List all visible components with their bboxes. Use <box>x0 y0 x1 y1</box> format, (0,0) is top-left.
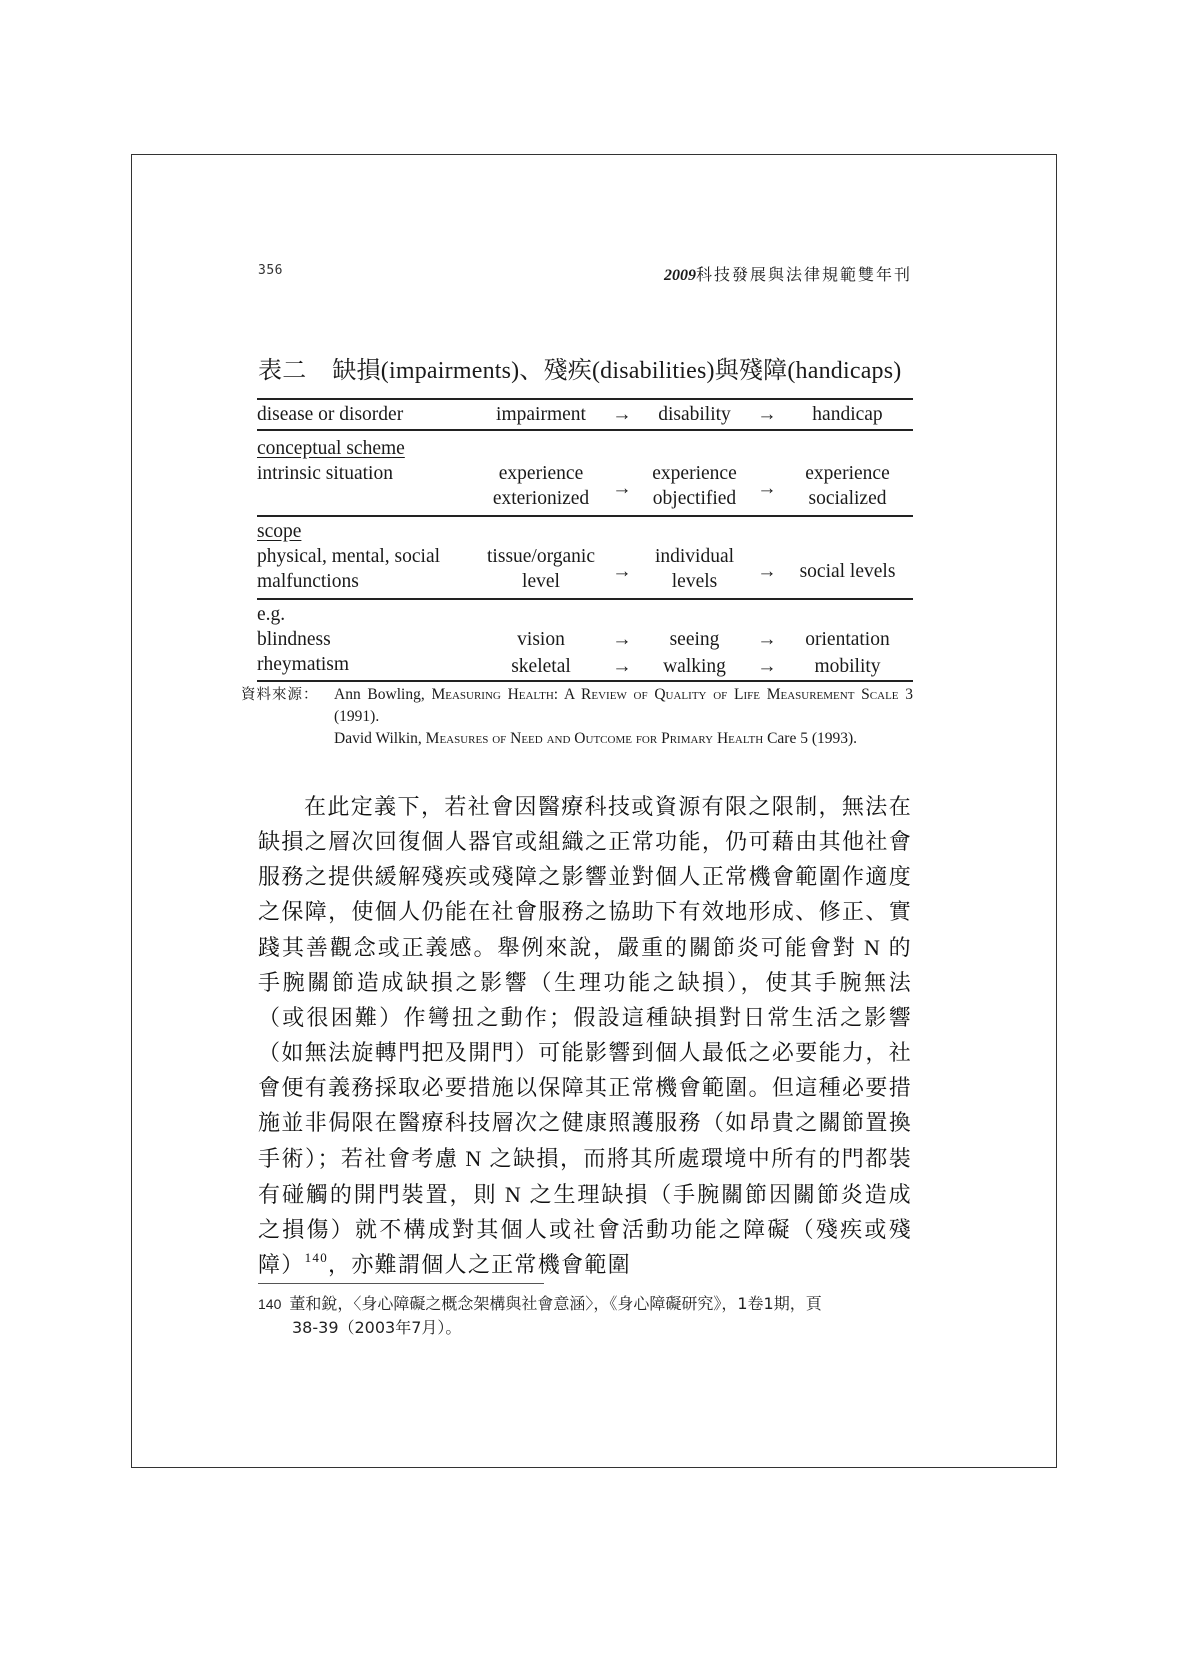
table-row-example: blindness vision → seeing → orientation <box>257 627 913 652</box>
page-number: 356 <box>258 263 283 278</box>
table-label: 表二 <box>258 358 306 384</box>
table-row-conceptual-heading: conceptual scheme <box>257 430 913 461</box>
running-head: 2009科技發展與法律規範雙年刊 <box>664 262 912 285</box>
footnote-text: 董和銳，〈身心障礙之概念架構與社會意涵〉，《身心障礙研究》，1卷1期，頁 <box>289 1294 821 1313</box>
table-row-scope-heading: scope <box>257 516 913 544</box>
table-header-row: disease or disorder impairment → disabil… <box>257 399 913 430</box>
cell-line: tissue/organic <box>475 544 607 569</box>
arrow: → <box>607 544 637 599</box>
row-label: malfunctions <box>257 569 475 594</box>
text-run: 在此定義下，若社會因醫療科技或資源有限之限制，無法在缺損之層次回復個人器官或組織… <box>258 795 912 961</box>
footnote-separator <box>258 1283 544 1284</box>
row-label: intrinsic situation <box>257 461 475 516</box>
cell-line: level <box>475 569 607 594</box>
header-handicap: handicap <box>782 399 913 430</box>
footnote-number: 140 <box>258 1296 281 1312</box>
table-row-example: rheymatism skeletal → walking → mobility <box>257 652 913 681</box>
cell-line: levels <box>637 569 752 594</box>
impairment-disability-handicap-table: disease or disorder impairment → disabil… <box>257 398 913 682</box>
running-head-title: 科技發展與法律規範雙年刊 <box>696 267 912 284</box>
arrow: → <box>752 627 782 652</box>
source-label: 資料來源： <box>241 684 319 706</box>
header-disease: disease or disorder <box>257 399 475 430</box>
arrow: → <box>607 627 637 652</box>
source-reference: David Wilkin, Measures of Need and Outco… <box>334 728 913 750</box>
cell-line: experience <box>637 461 752 486</box>
text-run: 的手腕關節造成缺損之影響（生理功能之缺損），使其手腕無法（或很困難）作彎扭之動作… <box>258 936 912 1172</box>
arrow: → <box>752 399 782 430</box>
table-caption: 表二缺損(impairments)、殘疾(disabilities)與殘障(ha… <box>258 350 902 385</box>
row-heading: scope <box>257 521 301 542</box>
header-impairment: impairment <box>475 399 607 430</box>
arrow: → <box>607 652 637 681</box>
source-references: Ann Bowling, Measuring Health: A Review … <box>334 684 913 750</box>
arrow: → <box>607 399 637 430</box>
arrow: → <box>752 652 782 681</box>
source-author: David Wilkin, <box>334 730 426 747</box>
source-reference: Ann Bowling, Measuring Health: A Review … <box>334 684 913 728</box>
cell: orientation <box>782 627 913 652</box>
header-disability: disability <box>637 399 752 430</box>
cell-line: experience <box>782 461 913 486</box>
text-run: N <box>458 1146 489 1171</box>
row-label: physical, mental, social <box>257 544 475 569</box>
row-heading: e.g. <box>257 599 475 627</box>
cell: social levels <box>782 544 913 599</box>
cell-line: socialized <box>782 486 913 511</box>
arrow: → <box>752 544 782 599</box>
cell: skeletal <box>475 652 607 681</box>
row-heading: conceptual scheme <box>257 438 405 459</box>
text-run: ，亦難謂個人之正常機會範圍 <box>328 1253 631 1278</box>
text-run: N <box>497 1182 529 1207</box>
arrow: → <box>607 461 637 516</box>
footnote-text: 38-39（2003年7月）。 <box>258 1316 912 1340</box>
text-run: N <box>857 935 889 960</box>
table-row: physical, mental, socialmalfunctions tis… <box>257 544 913 599</box>
cell-line: individual <box>637 544 752 569</box>
source-title: Measures of Need and Outcome for Primary… <box>426 730 764 747</box>
cell: vision <box>475 627 607 652</box>
body-paragraph: 在此定義下，若社會因醫療科技或資源有限之限制，無法在缺損之層次回復個人器官或組織… <box>258 790 912 1283</box>
running-head-year: 2009 <box>664 267 696 284</box>
table-row: intrinsic situation experienceexterioniz… <box>257 461 913 516</box>
table-row-eg-heading: e.g. <box>257 599 913 627</box>
row-label: rheymatism <box>257 652 475 681</box>
source-title: Measuring Health: A Review of Quality of… <box>431 686 898 703</box>
table-source: 資料來源： Ann Bowling, Measuring Health: A R… <box>241 684 913 750</box>
footnote: 140董和銳，〈身心障礙之概念架構與社會意涵〉，《身心障礙研究》，1卷1期，頁 … <box>258 1292 912 1340</box>
row-label: blindness <box>257 627 475 652</box>
cell-line: exterionized <box>475 486 607 511</box>
cell: seeing <box>637 627 752 652</box>
cell: walking <box>637 652 752 681</box>
cell: mobility <box>782 652 913 681</box>
arrow: → <box>752 461 782 516</box>
footnote-ref[interactable]: 140 <box>305 1250 328 1265</box>
source-author: Ann Bowling, <box>334 686 431 703</box>
source-detail: Care 5 (1993). <box>763 730 857 747</box>
cell-line: experience <box>475 461 607 486</box>
table-title: 缺損(impairments)、殘疾(disabilities)與殘障(hand… <box>332 358 901 384</box>
cell-line: objectified <box>637 486 752 511</box>
